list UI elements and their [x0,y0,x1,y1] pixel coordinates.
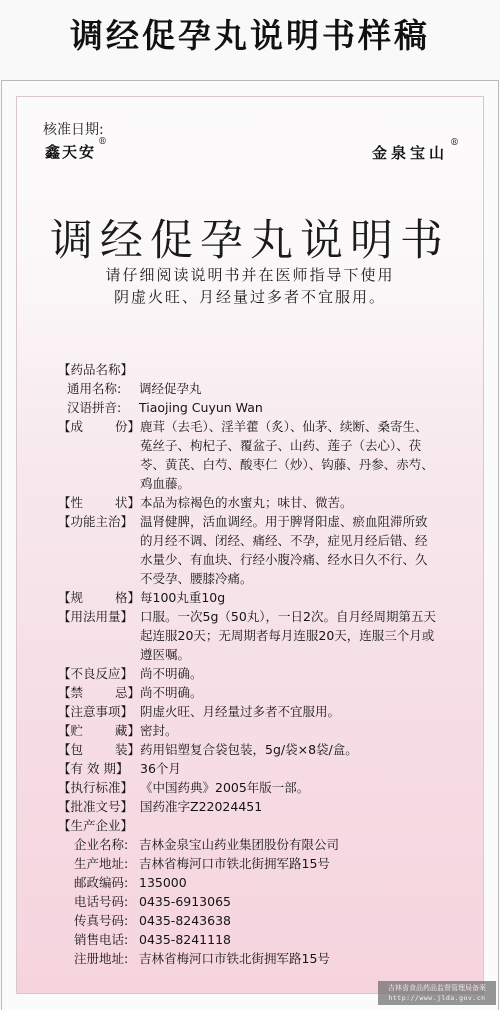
section-value: 每100丸重10g [140,588,225,607]
section-label: 【生产企业】 [58,816,140,835]
section-value: 菟丝子、枸杞子、覆盆子、山药、莲子（去心）、茯 [140,436,421,455]
field-label: 电话号码: [74,892,128,911]
section-value: 《中国药典》2005年版一部。 [140,778,309,797]
section-value: 国药准字Z22024451 [140,797,262,816]
field-label: 生产地址: [74,854,128,873]
label-part: 格】 [115,588,140,607]
section-value: 口服。一次5g（50丸），一日2次。自月经周期第五天 [140,607,436,626]
field-label: 企业名称: [74,835,128,854]
brand-logo-xintianan: 鑫天安® [45,141,109,162]
field-value: 0435-8243638 [139,911,231,930]
section-label: 【成 份】 [58,417,140,436]
field-label: 销售电话: [74,930,128,949]
brand-logo-jinquanbaoshan: 金泉宝山® [372,142,463,163]
section-label: 【执行标准】 [58,778,140,797]
section-label: 【药品名称】 [58,360,140,379]
section-value: 苓、黄芪、白芍、酸枣仁（炒）、钩藤、丹参、赤芍、 [140,455,434,474]
field-value: Tiaojing Cuyun Wan [139,398,263,417]
label-part: 【规 [58,588,83,607]
field-label: 通用名称: [67,379,121,398]
field-label: 传真号码: [74,911,128,930]
field-value: 吉林金泉宝山药业集团股份有限公司 [139,835,339,854]
field-label: 汉语拼音: [67,398,121,417]
leaflet-title: 调经促孕丸说明书 [0,207,500,268]
section-value: 鹿茸（去毛）、淫羊藿（炙）、仙茅、续断、桑寄生、 [140,417,428,436]
warning-line: 阴虚火旺、月经量过多者不宜服用。 [0,286,500,308]
label-part: 【成 [58,417,83,436]
label-part: 忌】 [115,683,140,702]
field-value: 135000 [139,873,187,892]
label-part: 份】 [115,417,140,436]
watermark-url: http://www.jlda.gov.cn [378,993,496,1003]
section-label: 【禁 忌】 [58,683,140,702]
section-value: 本品为棕褐色的水蜜丸；味甘、微苦。 [140,493,353,512]
section-label: 【批准文号】 [58,797,140,816]
section-value: 起连服20天；无周期者每月连服20天，连服三个月或 [140,626,434,645]
section-value: 不受孕、腰膝冷痛。 [140,569,253,588]
label-part: 【贮 [58,721,83,740]
section-label: 【性 状】 [58,493,140,512]
label-part: 装】 [115,740,140,759]
section-value: 水量少、有血块、行经小腹冷痛、经水日久不行、久 [140,550,428,569]
label-part: 【包 [58,740,83,759]
watermark-stamp: 吉林省食品药品监督管理局备案 http://www.jlda.gov.cn [378,981,496,1005]
approval-date-label: 核准日期: [43,119,104,139]
section-value: 的月经不调、闭经、痛经、不孕，症见月经后错、经 [140,531,428,550]
field-value: 0435-6913065 [139,892,231,911]
section-label: 【不良反应】 [58,664,140,683]
section-value: 遵医嘱。 [140,645,190,664]
registered-trademark-icon: ® [450,138,463,148]
watermark-text: 吉林省食品药品监督管理局备案 [378,983,496,993]
section-value: 药用铝塑复合袋包装，5g/袋×8袋/盒。 [140,740,358,759]
field-value: 吉林省梅河口市铁北街拥军路15号 [139,854,330,873]
field-value: 调经促孕丸 [139,379,202,398]
field-value: 吉林省梅河口市铁北街拥军路15号 [139,949,330,968]
page-title: 调经促孕丸说明书样稿 [0,10,500,57]
label-part: 【禁 [58,683,83,702]
section-label: 【注意事项】 [58,702,140,721]
warning-line: 请仔细阅读说明书并在医师指导下使用 [0,264,500,286]
section-label: 【有 效 期】 [58,759,140,778]
section-value: 温肾健脾，活血调经。用于脾肾阳虚、瘀血阻滞所致 [140,512,428,531]
field-label: 邮政编码: [74,873,128,892]
section-label: 【功能主治】 [58,512,140,531]
label-part: 【性 [58,493,83,512]
brand-name: 鑫天安 [45,143,96,161]
section-value: 36个月 [140,759,181,778]
brand-name: 金泉宝山 [372,144,448,162]
section-value: 尚不明确。 [140,664,203,683]
section-value: 阴虚火旺、月经量过多者不宜服用。 [140,702,340,721]
field-label: 注册地址: [74,949,128,968]
section-label: 【规 格】 [58,588,140,607]
section-label: 【用法用量】 [58,607,140,626]
usage-warning: 请仔细阅读说明书并在医师指导下使用 阴虚火旺、月经量过多者不宜服用。 [0,264,500,308]
section-value: 鸡血藤。 [140,474,190,493]
section-label: 【包 装】 [58,740,140,759]
section-value: 密封。 [140,721,178,740]
section-label: 【贮 藏】 [58,721,140,740]
label-part: 藏】 [115,721,140,740]
label-part: 状】 [115,493,140,512]
section-value: 尚不明确。 [140,683,203,702]
registered-trademark-icon: ® [98,137,109,147]
field-value: 0435-8241118 [139,930,231,949]
